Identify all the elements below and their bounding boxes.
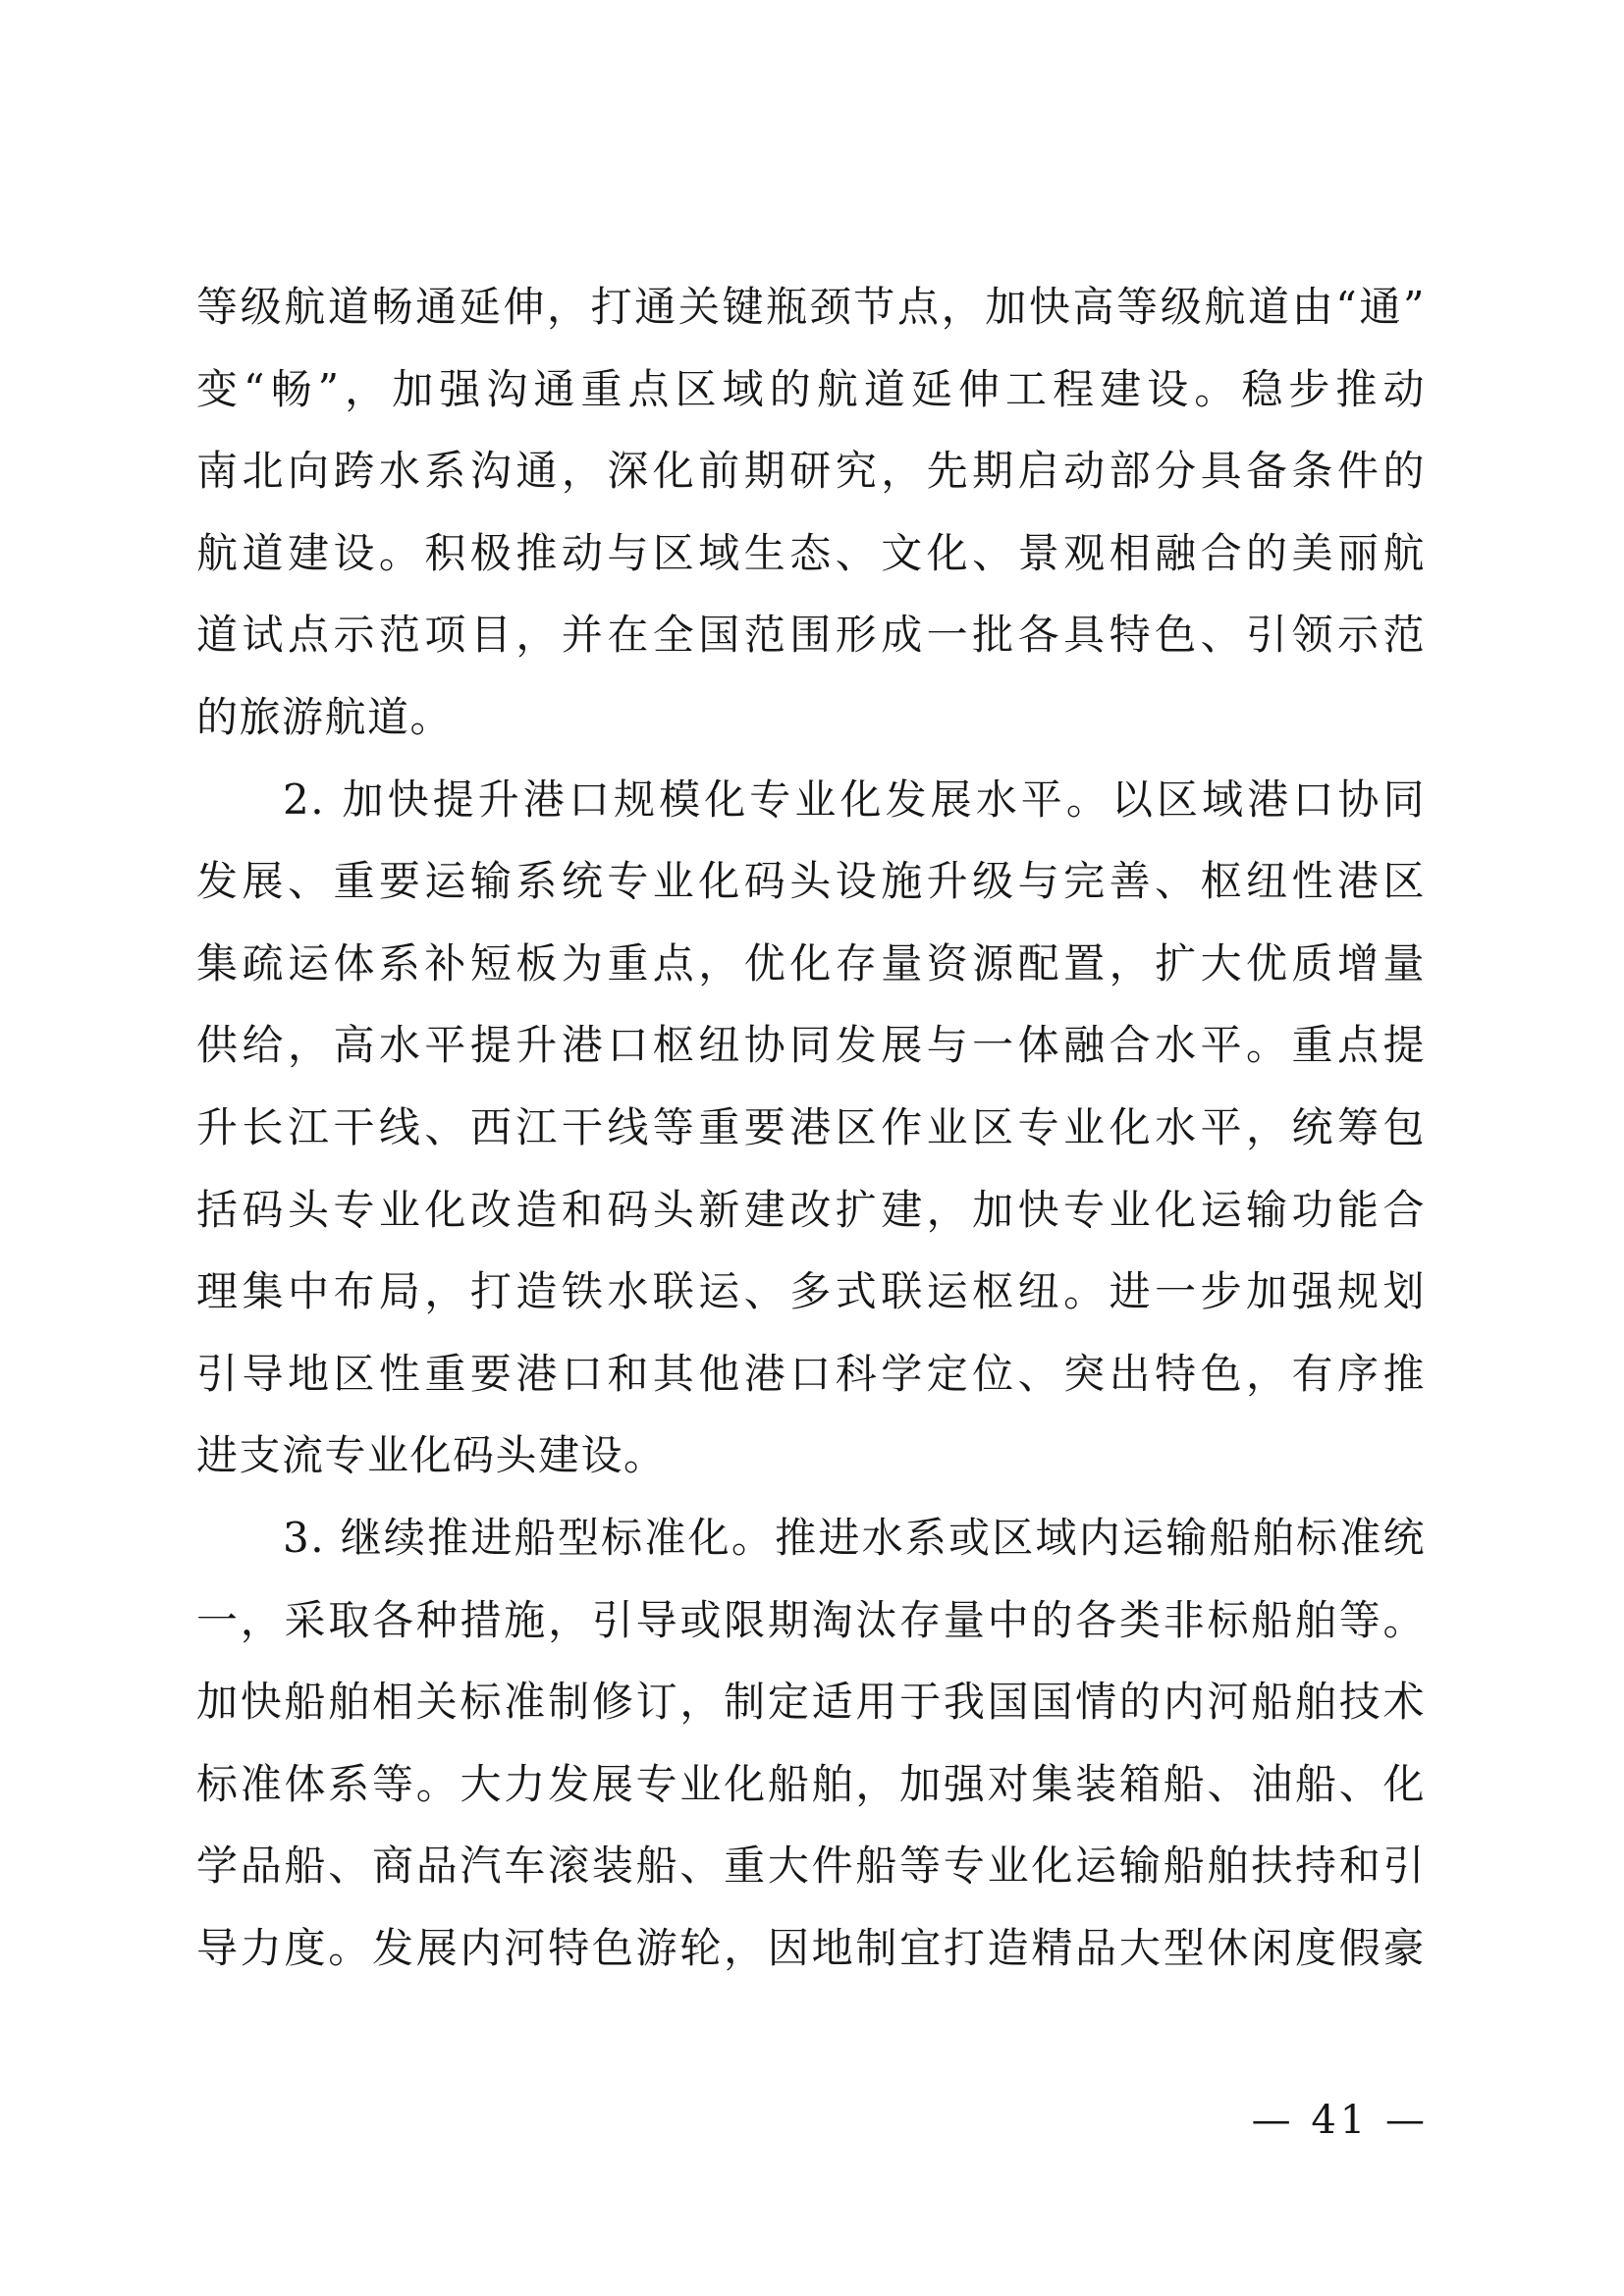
text-line: 集疏运体系补短板为重点，优化存量资源配置，扩大优质增量: [196, 923, 1426, 1005]
text-line-paragraph-end: 进支流专业化码头建设。: [196, 1415, 1426, 1497]
text-line: 升长江干线、西江干线等重要港区作业区专业化水平，统筹包: [196, 1087, 1426, 1169]
text-line: 理集中布局，打造铁水联运、多式联运枢纽。进一步加强规划: [196, 1251, 1426, 1333]
text-line: 导力度。发展内河特色游轮，因地制宜打造精品大型休闲度假豪: [196, 1907, 1426, 1990]
text-line: 南北向跨水系沟通，深化前期研究，先期启动部分具备条件的: [196, 430, 1426, 512]
text-line: 航道建设。积极推动与区域生态、文化、景观相融合的美丽航: [196, 512, 1426, 595]
document-page: 等级航道畅通延伸，打通关键瓶颈节点，加快高等级航道由“通” 变“畅”，加强沟通重…: [0, 0, 1624, 2296]
text-line: 发展、重要运输系统专业化码头设施升级与完善、枢纽性港区: [196, 840, 1426, 923]
text-line: 一，采取各种措施，引导或限期淘汰存量中的各类非标船舶等。: [196, 1579, 1426, 1662]
text-line: 道试点示范项目，并在全国范围形成一批各具特色、引领示范: [196, 594, 1426, 676]
text-block: 等级航道畅通延伸，打通关键瓶颈节点，加快高等级航道由“通” 变“畅”，加强沟通重…: [196, 266, 1426, 1989]
text-line-paragraph-end: 的旅游航道。: [196, 676, 1426, 759]
text-line: 标准体系等。大力发展专业化船舶，加强对集装箱船、油船、化: [196, 1743, 1426, 1826]
text-line: 等级航道畅通延伸，打通关键瓶颈节点，加快高等级航道由“通”: [196, 266, 1426, 348]
text-line: 变“畅”，加强沟通重点区域的航道延伸工程建设。稳步推动: [196, 348, 1426, 431]
page-number: — 41 —: [1252, 2097, 1429, 2144]
text-line: 引导地区性重要港口和其他港口科学定位、突出特色，有序推: [196, 1333, 1426, 1415]
text-line-item-3-start: 3. 继续推进船型标准化。推进水系或区域内运输船舶标准统: [196, 1497, 1426, 1579]
text-line: 加快船舶相关标准制修订，制定适用于我国国情的内河船舶技术: [196, 1661, 1426, 1743]
text-line: 括码头专业化改造和码头新建改扩建，加快专业化运输功能合: [196, 1169, 1426, 1252]
text-line: 供给，高水平提升港口枢纽协同发展与一体融合水平。重点提: [196, 1004, 1426, 1087]
text-line-item-2-start: 2. 加快提升港口规模化专业化发展水平。以区域港口协同: [196, 759, 1426, 841]
text-line: 学品船、商品汽车滚装船、重大件船等专业化运输船舶扶持和引: [196, 1825, 1426, 1907]
